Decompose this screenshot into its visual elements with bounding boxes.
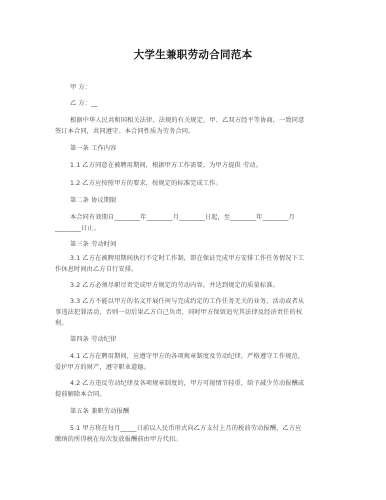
clause-3-1-line-1: 3.1 乙方在被聘用期间执行不定时工作制，即在保证完成甲方安排工作任务情况下工 — [70, 255, 304, 263]
clause-4-1-line-1: 4.1 乙方在聘用期间，应遵守甲方的各项规章制度及劳动纪律，严格遵守工作规范， — [70, 353, 304, 361]
intro-line-1: 根据中华人民共和国相关法律、法规的有关规定，甲、乙双方经平等协商，一致同意 — [70, 117, 305, 125]
article-1-heading: 第一条 工作内容 — [70, 145, 116, 153]
article-2-heading: 第二条 协议期限 — [70, 197, 116, 205]
article-5-heading: 第五条 兼职劳动报酬 — [70, 408, 129, 416]
clause-2-line-2: ________日止。 — [55, 225, 100, 233]
article-4-heading: 第四条 劳动纪律 — [70, 336, 116, 344]
party-a-label: 甲 方： — [70, 84, 91, 92]
clause-2-line-1: 本合同有效期自________年________月________日起，至___… — [70, 214, 295, 222]
clause-4-1-line-2: 爱护甲方的财产，遵守职业道德。 — [55, 364, 150, 372]
document-page: 大学生兼职劳动合同范本 甲 方： 乙 方：__ 根据中华人民共和国相关法律、法规… — [0, 0, 386, 500]
article-3-heading: 第三条 劳动时间 — [70, 241, 116, 249]
clause-3-3-line-3: 利。 — [55, 320, 68, 328]
clause-3-3-line-2: 事违法犯罪活动，否则一切后果乙方自己负责，同时甲方保留追究其法律及经济责任的权 — [55, 309, 302, 317]
clause-1-1: 1.1 乙方同意在被聘用期间，根据甲方工作需要，为甲方提供 劳动。 — [70, 162, 262, 170]
clause-5-1-line-2: 缴纳的所得税在每次发放报酬前由甲方代扣。 — [55, 436, 182, 444]
clause-3-2: 3.2 乙方必须尽职尽责完成甲方规定的劳动内容，并达到规定的质量标准。 — [70, 282, 279, 290]
clause-3-3-line-1: 3.3 乙方不能以甲方的名义开展任何与完成约定的工作任务无关的业务、活动或者从 — [70, 298, 304, 306]
clause-4-2-line-1: 4.2 乙方违反劳动纪律及各项规章制度的，甲方可视情节轻重，给予减少劳动报酬或 — [70, 380, 304, 388]
party-b-label: 乙 方：__ — [70, 100, 98, 108]
clause-1-2: 1.2 乙方应按照甲方的要求，按规定的标准完成工作。 — [70, 180, 222, 188]
document-title: 大学生兼职劳动合同范本 — [0, 47, 386, 62]
clause-5-1-line-1: 5.1 甲方将在每月_____日前以人民币形式向乙方支付上月的税前劳动报酬，乙方… — [70, 425, 301, 433]
clause-3-1-line-2: 作休息时间由乙方自行安排。 — [55, 266, 137, 274]
intro-line-2: 签订本合同，共同遵守。本合同性质为劳务合同。 — [55, 128, 194, 136]
clause-4-2-line-2: 提前解除本合同。 — [55, 391, 106, 399]
